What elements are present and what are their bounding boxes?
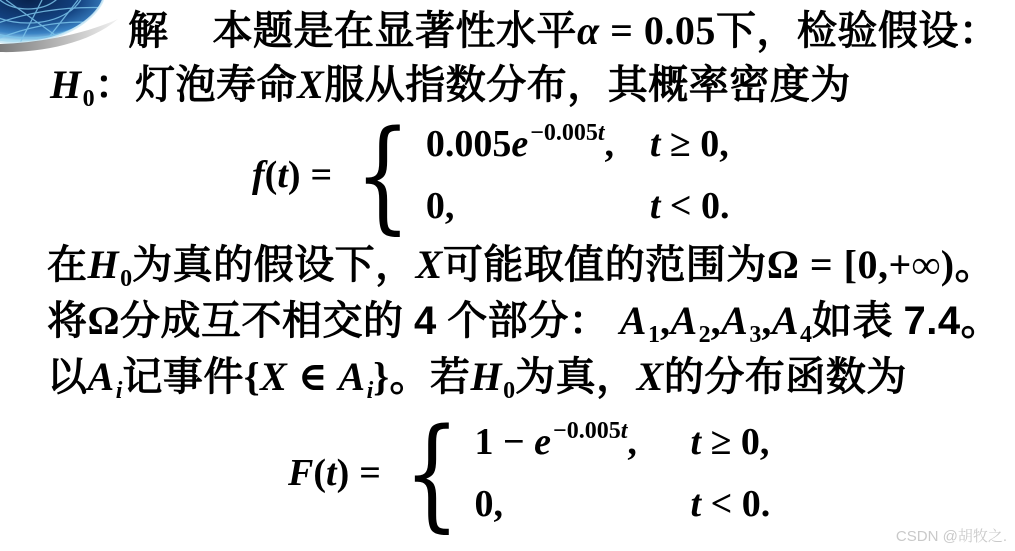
density-case-1-expr: 0.005e−0.005t,: [426, 122, 650, 166]
cond-var: t: [691, 421, 702, 463]
f-symbol: f: [252, 154, 265, 196]
case-comma: ,: [605, 123, 615, 165]
line2-text-a: 灯泡寿命: [135, 62, 297, 107]
distribution-case-2: 0, t < 0.: [475, 482, 771, 526]
distribution-lhs: F(t): [288, 451, 349, 495]
line5-text-c: }。若: [373, 354, 470, 399]
X-symbol: X: [260, 354, 287, 399]
cases-brace: {: [404, 412, 460, 534]
exponent-var: t: [621, 418, 628, 444]
F-rparen: ): [337, 452, 350, 494]
solution-intro-line: 解本题是在显著性水平α = 0.05下，检验假设：: [128, 6, 999, 56]
H0-subscript: 0: [503, 378, 515, 404]
cond-rest: ≥ 0,: [701, 421, 769, 463]
density-case-1: 0.005e−0.005t, t ≥ 0,: [426, 122, 730, 166]
f-lparen: (: [265, 154, 278, 196]
list-comma: ,: [761, 298, 772, 343]
F-symbol: F: [288, 452, 313, 494]
line1-text-b: 下，检验假设：: [716, 8, 1000, 53]
jie-label: 解: [128, 8, 169, 53]
line4-text-b: 分成互不相交的: [120, 298, 414, 343]
Ai-symbol: A: [338, 354, 365, 399]
A4-symbol: A: [772, 298, 799, 343]
X-symbol: X: [297, 62, 324, 107]
line5-text-b: 记事件{: [122, 354, 260, 399]
omega-symbol: Ω: [767, 242, 800, 287]
A1-subscript: 1: [648, 322, 660, 348]
line4-text-d: 如表: [812, 298, 904, 343]
cond-var: t: [650, 123, 661, 165]
exponent-num: −0.005: [553, 418, 621, 444]
line5-text-e: 的分布函数为: [664, 354, 907, 399]
f-equals: =: [311, 153, 333, 197]
line3-text-b: 为真的假设下，: [132, 242, 416, 287]
line4-text-c: 个部分：: [437, 298, 620, 343]
distribution-case-1-expr: 1 − e−0.005t,: [475, 420, 691, 464]
line3-text-a: 在: [47, 242, 88, 287]
H0-symbol: H: [471, 354, 503, 399]
exponent-var: t: [598, 120, 605, 146]
cond-rest: < 0.: [701, 483, 770, 525]
density-case-2-cond: t < 0.: [650, 184, 730, 228]
exponent-num: −0.005: [530, 120, 598, 146]
cond-rest: < 0.: [660, 185, 729, 227]
event-definition-line: 以Ai记事件{X ∈ Ai}。若H0为真，X的分布函数为: [47, 352, 907, 408]
omega-symbol: Ω: [88, 298, 121, 343]
line3-text-c: 可能取值的范围为: [443, 242, 767, 287]
distribution-formula: F(t) = { 1 − e−0.005t, t ≥ 0, 0, t < 0.: [288, 412, 770, 534]
f-var: t: [277, 154, 288, 196]
F-equals: =: [359, 451, 381, 495]
f-rparen: ): [288, 154, 301, 196]
partition-line: 将Ω分成互不相交的 4 个部分： A1,A2,A3,A4如表 7.4。: [47, 296, 1001, 352]
list-comma: ,: [660, 298, 671, 343]
A3-symbol: A: [721, 298, 748, 343]
A2-symbol: A: [670, 298, 697, 343]
distribution-case-2-cond: t < 0.: [691, 482, 771, 526]
F-var: t: [326, 452, 337, 494]
density-formula: f(t) = { 0.005e−0.005t, t ≥ 0, 0, t < 0.: [252, 114, 730, 236]
H0-subscript: 0: [83, 86, 95, 112]
H0-subscript: 0: [120, 266, 132, 292]
globe-swoosh-logo: [0, 0, 140, 55]
X-symbol: X: [416, 242, 443, 287]
cond-var: t: [650, 185, 661, 227]
range-value: = [0,+∞)。: [799, 242, 995, 287]
cases-brace: {: [355, 114, 411, 236]
line2-text-b: 服从指数分布，其概率密度为: [324, 62, 851, 107]
distribution-case-2-expr: 0,: [475, 482, 691, 526]
exponent: −0.005t: [530, 120, 604, 146]
H0-symbol: H: [88, 242, 120, 287]
lead-term: 1 −: [475, 421, 535, 463]
line1-text-a: 本题是在显著性水平: [213, 8, 578, 53]
X-symbol: X: [637, 354, 664, 399]
line2-colon: ：: [95, 62, 136, 107]
line5-text-d: 为真，: [515, 354, 637, 399]
element-of-symbol: ∈: [287, 354, 338, 399]
Ai-subscript: i: [367, 378, 374, 404]
cond-var: t: [691, 483, 702, 525]
partition-count: 4: [414, 299, 437, 343]
cond-rest: ≥ 0,: [660, 123, 728, 165]
Ai-subscript: i: [116, 378, 123, 404]
distribution-case-1: 1 − e−0.005t, t ≥ 0,: [475, 420, 771, 464]
distribution-case-1-cond: t ≥ 0,: [691, 420, 771, 464]
line5-text-a: 以: [47, 354, 88, 399]
range-line: 在H0为真的假设下，X可能取值的范围为Ω = [0,+∞)。: [47, 240, 995, 296]
line4-text-a: 将: [47, 298, 88, 343]
exponent: −0.005t: [553, 418, 627, 444]
density-cases: 0.005e−0.005t, t ≥ 0, 0, t < 0.: [426, 122, 730, 228]
H0-symbol: H: [50, 62, 82, 107]
density-case-2-expr: 0,: [426, 184, 650, 228]
A2-subscript: 2: [699, 322, 711, 348]
e-symbol: e: [534, 421, 551, 463]
F-lparen: (: [313, 452, 326, 494]
alpha-symbol: α: [577, 8, 600, 53]
alpha-value: = 0.05: [600, 8, 716, 53]
table-number: 7.4: [904, 299, 961, 343]
csdn-watermark: CSDN @胡牧之.: [896, 525, 1007, 546]
density-lhs: f(t): [252, 153, 301, 197]
e-symbol: e: [511, 123, 528, 165]
Ai-symbol: A: [88, 354, 115, 399]
line4-period: 。: [961, 298, 1002, 343]
A3-subscript: 3: [749, 322, 761, 348]
density-case-1-cond: t ≥ 0,: [650, 122, 730, 166]
distribution-cases: 1 − e−0.005t, t ≥ 0, 0, t < 0.: [475, 420, 771, 526]
case-comma: ,: [627, 421, 637, 463]
A1-symbol: A: [620, 298, 647, 343]
density-case-2: 0, t < 0.: [426, 184, 730, 228]
A4-subscript: 4: [800, 322, 812, 348]
hypothesis-line: H0：灯泡寿命X服从指数分布，其概率密度为: [50, 60, 851, 116]
coeff: 0.005: [426, 123, 512, 165]
list-comma: ,: [711, 298, 722, 343]
